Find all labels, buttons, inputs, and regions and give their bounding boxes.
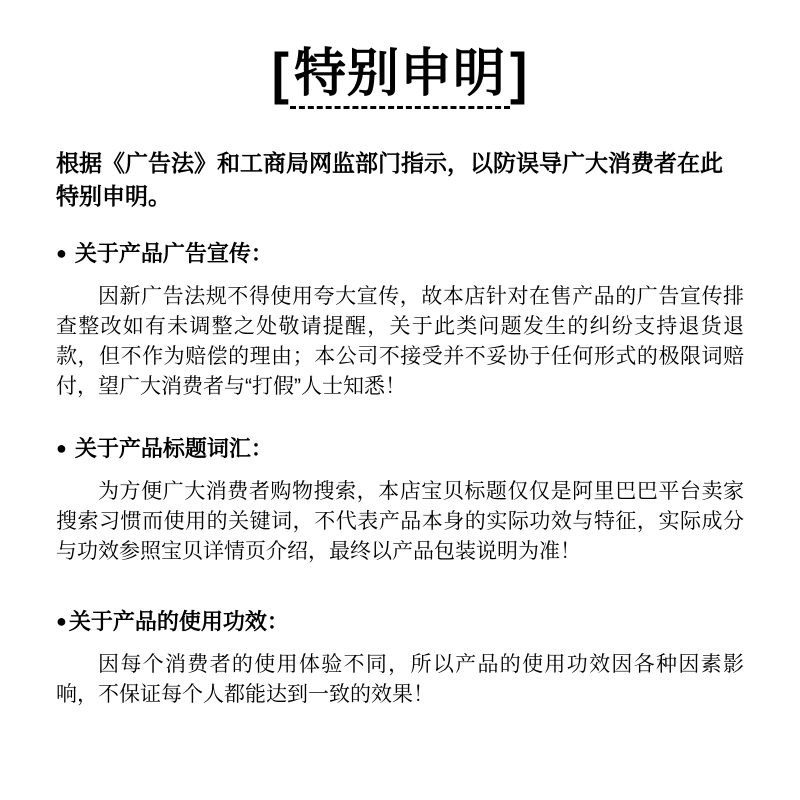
section-heading: ● 关于产品广告宣传： xyxy=(56,237,744,268)
section-heading: ● 关于产品标题词汇： xyxy=(56,432,744,463)
section-title-keywords: ● 关于产品标题词汇： 为方便广大消费者购物搜索，本店宝贝标题仅仅是阿里巴巴平台… xyxy=(56,432,744,567)
intro-paragraph: 根据《广告法》和工商局网监部门指示，以防误导广大消费者在此特别申明。 xyxy=(56,147,744,213)
page-title-text: [特别申明] xyxy=(272,45,529,103)
section-body: 为方便广大消费者购物搜索，本店宝贝标题仅仅是阿里巴巴平台卖家搜索习惯而使用的关键… xyxy=(56,477,744,567)
page-title: [特别申明] xyxy=(56,44,744,109)
section-heading-label: 关于产品的使用功效： xyxy=(69,605,289,636)
title-bracket-open: [ xyxy=(272,42,290,107)
section-usage-effect: ● 关于产品的使用功效： 因每个消费者的使用体验不同，所以产品的使用功效因各种因… xyxy=(56,605,744,710)
section-body: 因新广告法规不得使用夸大宣传，故本店针对在售产品的广告宣传排查整改如有未调整之处… xyxy=(56,282,744,402)
bullet-icon: ● xyxy=(56,612,67,630)
section-heading-label: 关于产品标题词汇： xyxy=(75,432,273,463)
bullet-icon: ● xyxy=(56,439,67,457)
title-core-underlined: 特别申明 xyxy=(290,46,510,109)
section-ad-promotion: ● 关于产品广告宣传： 因新广告法规不得使用夸大宣传，故本店针对在售产品的广告宣… xyxy=(56,237,744,402)
section-body: 因每个消费者的使用体验不同，所以产品的使用功效因各种因素影响，不保证每个人都能达… xyxy=(56,650,744,710)
section-heading: ● 关于产品的使用功效： xyxy=(56,605,744,636)
bullet-icon: ● xyxy=(56,244,67,262)
title-bracket-close: ] xyxy=(510,42,528,107)
section-heading-label: 关于产品广告宣传： xyxy=(75,237,273,268)
statement-page: [特别申明] 根据《广告法》和工商局网监部门指示，以防误导广大消费者在此特别申明… xyxy=(0,0,800,800)
